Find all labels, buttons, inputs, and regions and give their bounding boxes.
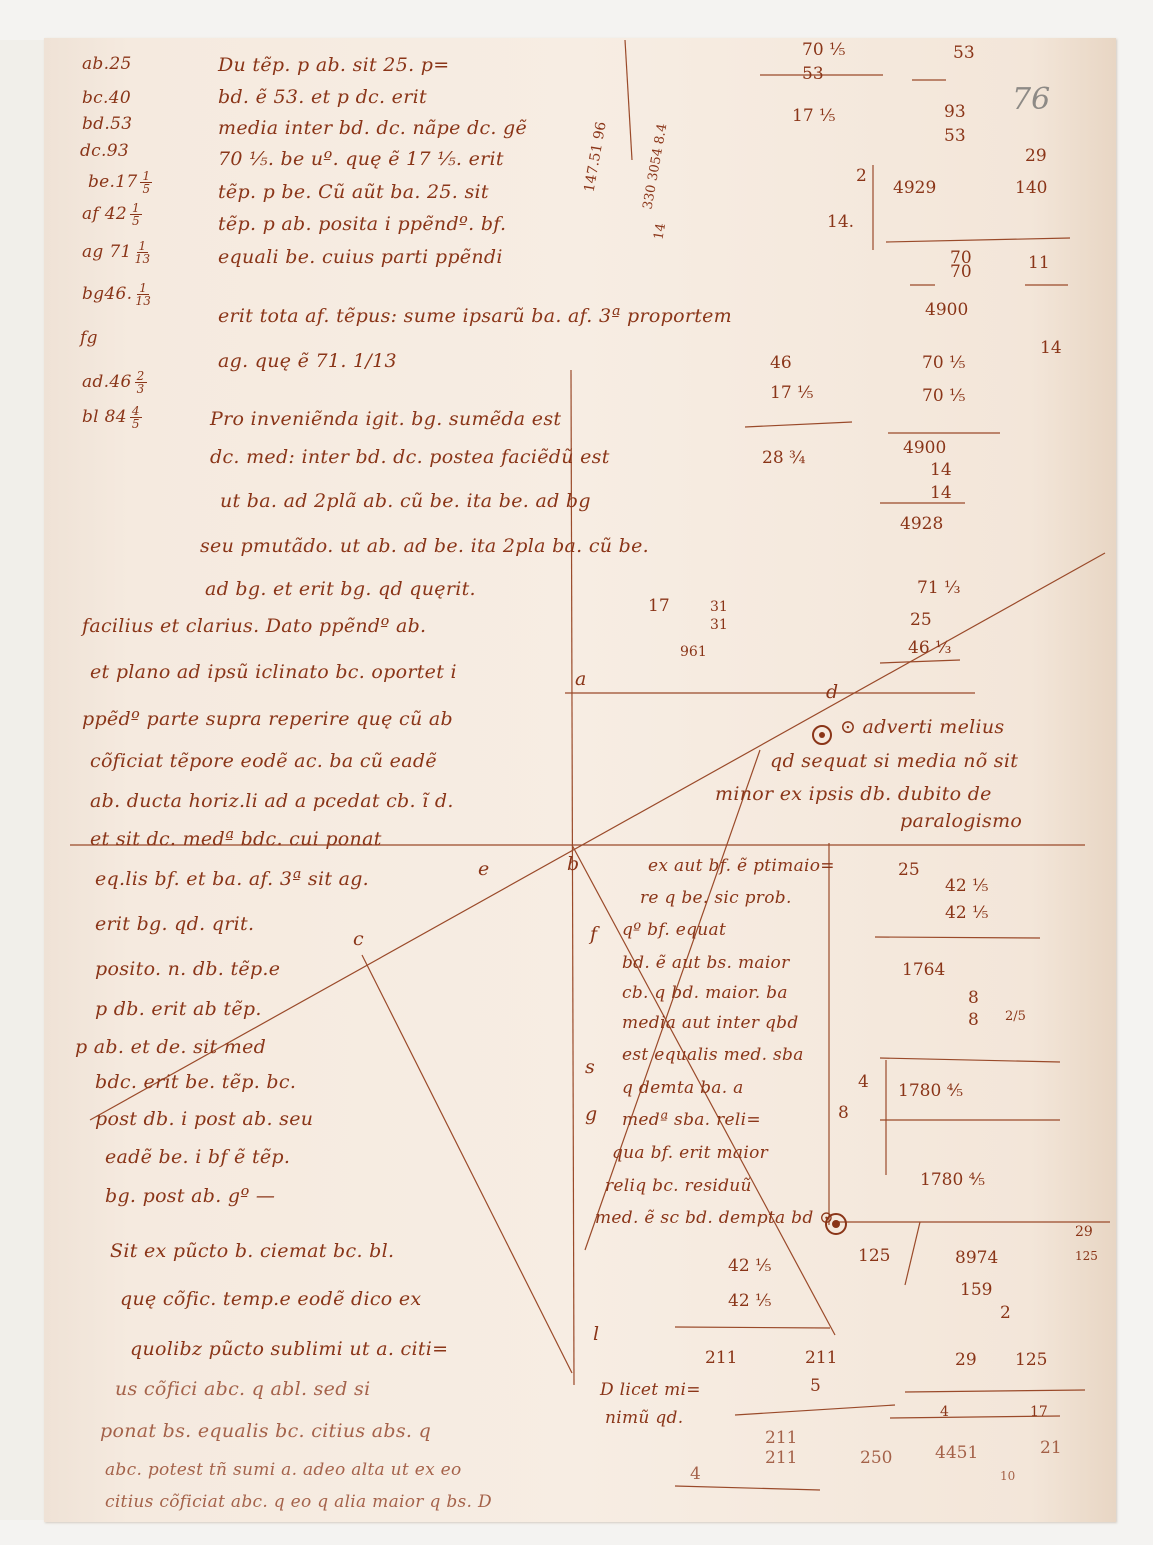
text-line-15: facilius et clarius. Dato ppẽndº ab. xyxy=(82,617,426,636)
bottom-note-1: D licet mi= xyxy=(600,1382,701,1399)
text-line-33: us cõfici abc. q abl. sed si xyxy=(115,1380,370,1399)
lower-text-7: est equalis med. sba xyxy=(622,1047,804,1064)
calc-q-29: 29 xyxy=(1075,1225,1093,1239)
text-line-31: quę cõfic. temp.e eodẽ dico ex xyxy=(120,1290,421,1309)
diagram-label-a: a xyxy=(575,670,587,689)
text-line-4: 70 ⅕. be uº. quę ẽ 17 ⅕. erit xyxy=(218,150,504,169)
calc-11: 11 xyxy=(1028,255,1050,272)
calc-125: 125 xyxy=(858,1248,890,1265)
calc-4-bottom: 4 xyxy=(690,1466,701,1483)
calc-remainder-2: 2 xyxy=(1000,1305,1011,1322)
calc-divisor-4: 4 xyxy=(858,1074,869,1091)
calc-211-b: 211 xyxy=(805,1350,837,1367)
calc-31-b: 31 xyxy=(710,618,728,632)
calc-53: 53 xyxy=(802,66,824,83)
value-bd: bd.53 xyxy=(82,116,132,133)
note-line-2: qd sequat si media nõ sit xyxy=(770,752,1018,771)
text-line-21: eq.lis bf. et ba. af. 3ª sit ag. xyxy=(95,870,369,889)
calc-31-a: 31 xyxy=(710,600,728,614)
value-dc: dc.93 xyxy=(80,143,129,160)
calc-4900-b: 4900 xyxy=(903,440,946,457)
value-bl: bl 8445 xyxy=(82,405,142,430)
text-line-3: media inter bd. dc. nãpe dc. gẽ xyxy=(218,119,527,138)
calc-250: 250 xyxy=(860,1450,892,1467)
calc-partial-2: 2 xyxy=(856,168,867,185)
text-line-23: posito. n. db. tẽp.e xyxy=(95,960,280,979)
text-line-13: seu pmutãdo. ut ab. ad be. ita 2pla ba. … xyxy=(200,537,649,556)
text-line-24: p db. erit ab tẽp. xyxy=(95,1000,262,1019)
calc-14-side: 14 xyxy=(1040,340,1062,357)
diagram-label-d: d xyxy=(826,683,838,702)
note-line-1: ⊙ adverti melius xyxy=(840,718,1004,737)
lower-text-8: q demta ba. a xyxy=(622,1080,744,1097)
calc-4928: 4928 xyxy=(900,516,943,533)
text-line-29: bg. post ab. gº — xyxy=(105,1187,275,1206)
calc-71-third: 71 ⅓ xyxy=(917,580,961,597)
diagram-label-l: l xyxy=(593,1325,599,1344)
text-line-36: citius cõficiat abc. q eo q alia maior q… xyxy=(105,1494,492,1511)
calc-17-fifth-b: 17 ⅕ xyxy=(770,385,814,402)
lower-text-2: re q be. sic prob. xyxy=(640,890,792,907)
calc-1780-b: 1780 ⅘ xyxy=(920,1172,985,1189)
calc-211-a: 211 xyxy=(705,1350,737,1367)
calc-10: 10 xyxy=(1000,1470,1015,1482)
calc-21: 21 xyxy=(1040,1440,1062,1457)
calc-159: 159 xyxy=(960,1282,992,1299)
text-line-22: erit bg. qd. qrit. xyxy=(95,915,254,934)
rotated-calc-3: 14 xyxy=(652,222,668,241)
text-line-7: equali be. cuius parti ppẽndi xyxy=(218,248,503,267)
calc-17: 17 xyxy=(648,598,670,615)
calc-53-top: 53 xyxy=(953,45,975,62)
note-line-3: minor ex ipsis db. dubito de xyxy=(715,785,992,804)
calc-211-c: 211 xyxy=(765,1430,797,1447)
lower-text-9: medª sba. reli= xyxy=(622,1112,761,1129)
calc-93: 93 xyxy=(944,104,966,121)
calc-70-fifth-b: 70 ⅕ xyxy=(922,388,966,405)
text-line-34: ponat bs. equalis bc. citius abs. q xyxy=(100,1422,431,1441)
value-ab: ab.25 xyxy=(82,56,132,73)
calc-70-b: 70 xyxy=(950,264,972,281)
value-fg: fg xyxy=(80,330,98,347)
text-line-14: ad bg. et erit bg. qd quęrit. xyxy=(205,580,476,599)
text-line-6: tẽp. p ab. posita i ppẽndº. bf. xyxy=(218,215,506,234)
bottom-note-2: nimũ qd. xyxy=(605,1410,683,1427)
calc-8-below: 8 xyxy=(838,1105,849,1122)
calc-17-fifth: 17 ⅕ xyxy=(792,108,836,125)
calc-14-a: 14 xyxy=(930,462,952,479)
calc-125-lower: 125 xyxy=(1015,1352,1047,1369)
calc-25-lower: 25 xyxy=(898,862,920,879)
calc-46-third: 46 ⅓ xyxy=(908,640,952,657)
lower-text-6: media aut inter qbd xyxy=(622,1015,799,1032)
text-line-17: ppẽdº parte supra reperire quę cũ ab xyxy=(82,710,453,729)
text-line-8: erit tota af. tẽpus: sume ipsarũ ba. af.… xyxy=(218,307,732,326)
text-line-1: Du tẽp. p ab. sit 25. p= xyxy=(218,56,449,75)
text-line-18: cõficiat tẽpore eodẽ ac. ba cũ eadẽ xyxy=(90,752,437,771)
calc-70-fifth: 70 ⅕ xyxy=(802,42,846,59)
text-line-28: eadẽ be. i bf ẽ tẽp. xyxy=(105,1148,290,1167)
value-ag: ag 71113 xyxy=(82,240,150,265)
calc-29-lower: 29 xyxy=(955,1352,977,1369)
diagram-label-s: s xyxy=(585,1058,595,1077)
calc-dividend-4929: 4929 xyxy=(893,180,936,197)
calc-17-lower: 17 xyxy=(1030,1405,1048,1419)
calc-frac-2-5: 2/5 xyxy=(1005,1010,1026,1023)
calc-1764: 1764 xyxy=(902,962,945,979)
calc-divisor-14: 14. xyxy=(827,214,854,231)
calc-5: 5 xyxy=(810,1378,821,1395)
lower-text-1: ex aut bf. ẽ ptimaio= xyxy=(648,858,835,875)
value-bg: bg46.113 xyxy=(82,282,151,307)
text-line-10: Pro inveniẽnda igit. bg. sumẽda est xyxy=(210,410,561,429)
underlying-sheet-edge xyxy=(0,40,45,1520)
calc-70-fifth-a: 70 ⅕ xyxy=(922,355,966,372)
lower-text-4: bd. ẽ aut bs. maior xyxy=(622,955,790,972)
text-line-5: tẽp. p be. Cũ aũt ba. 25. sit xyxy=(218,183,489,202)
lower-text-5: cb. q bd. maior. ba xyxy=(622,985,788,1002)
value-be: be.1715 xyxy=(88,170,152,195)
folio-number: 76 xyxy=(1012,82,1050,117)
text-line-30: Sit ex pũcto b. ciemat bc. bl. xyxy=(110,1242,394,1261)
text-line-9: ag. quę ẽ 71. 1/13 xyxy=(218,352,397,371)
text-line-19: ab. ducta horiz.li ad a pcedat cb. ĩ d. xyxy=(90,792,454,811)
lower-text-11: reliq bc. residuũ xyxy=(605,1178,752,1195)
calc-25: 25 xyxy=(910,612,932,629)
calc-42-fifth-b: 42 ⅕ xyxy=(945,905,989,922)
calc-42-fifth-a: 42 ⅕ xyxy=(945,878,989,895)
value-ad: ad.4623 xyxy=(82,370,147,395)
diagram-label-c: c xyxy=(353,930,364,949)
value-bc: bc.40 xyxy=(82,90,131,107)
calc-quotient-140: 140 xyxy=(1015,180,1047,197)
diagram-label-f: f xyxy=(590,925,597,944)
calc-1780-a: 1780 ⅘ xyxy=(898,1083,963,1100)
calc-211-d: 211 xyxy=(765,1450,797,1467)
diagram-label-g: g xyxy=(585,1105,597,1124)
text-line-11: dc. med: inter bd. dc. postea faciẽdũ es… xyxy=(210,448,610,467)
text-line-20: et sit dc. medª bdc. cui ponat xyxy=(90,830,382,849)
calc-4900: 4900 xyxy=(925,302,968,319)
calc-4-lower: 4 xyxy=(940,1405,949,1419)
lower-text-10: qua bf. erit maior xyxy=(612,1145,768,1162)
calc-8-a: 8 xyxy=(968,990,979,1007)
text-line-35: abc. potest tñ sumi a. adeo alta ut ex e… xyxy=(105,1462,462,1479)
calc-4451: 4451 xyxy=(935,1445,978,1462)
text-line-16: et plano ad ipsũ iclinato bc. oportet i xyxy=(90,663,457,682)
text-line-32: quolibz pũcto sublimi ut a. citi= xyxy=(130,1340,448,1359)
calc-8974: 8974 xyxy=(955,1250,998,1267)
calc-quotient-29: 29 xyxy=(1025,148,1047,165)
calc-28-3-4: 28 ¾ xyxy=(762,450,806,467)
text-line-27: post db. i post ab. seu xyxy=(95,1110,313,1129)
calc-46: 46 xyxy=(770,355,792,372)
calc-42-fifth-d: 42 ⅕ xyxy=(728,1293,772,1310)
diagram-label-b: b xyxy=(567,855,579,874)
note-line-4: paralogismo xyxy=(900,812,1022,831)
text-line-26: bdc. erit be. tẽp. bc. xyxy=(95,1073,296,1092)
lower-text-3: qº bf. equat xyxy=(622,922,726,939)
value-af: af 4215 xyxy=(82,202,142,227)
calc-961: 961 xyxy=(680,645,707,659)
calc-53-b: 53 xyxy=(944,128,966,145)
calc-q-125: 125 xyxy=(1075,1250,1098,1262)
calc-42-fifth-c: 42 ⅕ xyxy=(728,1258,772,1275)
calc-14-b: 14 xyxy=(930,485,952,502)
text-line-2: bd. ẽ 53. et p dc. erit xyxy=(218,88,427,107)
text-line-12: ut ba. ad 2plã ab. cũ be. ita be. ad bg xyxy=(220,492,591,511)
lower-text-12: med. ẽ sc bd. dempta bd ⊙ xyxy=(595,1210,834,1227)
diagram-label-e: e xyxy=(478,860,490,879)
text-line-25: p ab. et de. sit med xyxy=(75,1038,266,1057)
calc-8-b: 8 xyxy=(968,1012,979,1029)
